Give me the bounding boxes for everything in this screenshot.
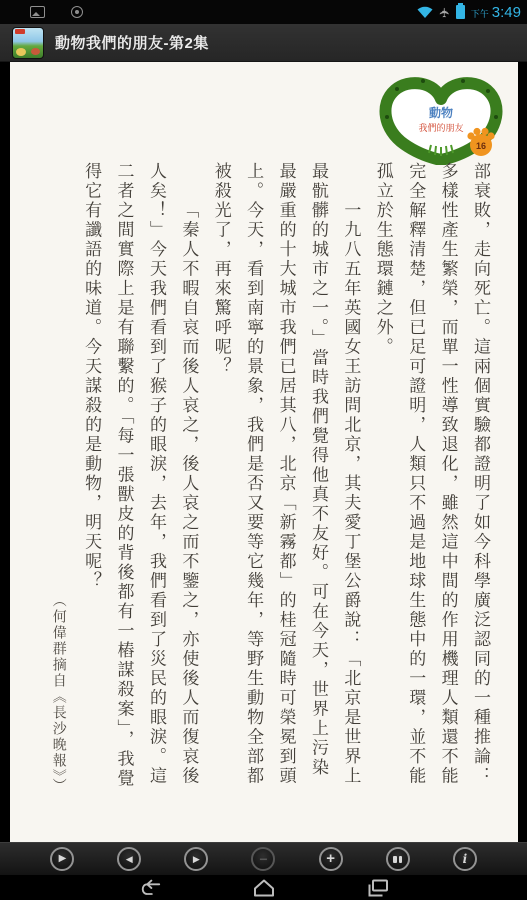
- page-prev-button[interactable]: ◀: [117, 847, 141, 871]
- two-page-view-button[interactable]: [386, 847, 410, 871]
- notification-icons: [30, 6, 83, 18]
- logo-top-text: 動物: [429, 105, 453, 120]
- app-title-bar: 動物我們的朋友-第2集: [0, 24, 527, 62]
- series-logo: 動物 我們的朋友 16: [373, 75, 509, 165]
- paragraph-3: 「秦人不暇自哀而後人哀之，後人哀之而不鑒之，亦使後人而復哀後人矣！」今天我們看到…: [75, 162, 205, 794]
- clock-ampm: 下午: [471, 7, 489, 20]
- arrow-left-icon: ◀: [126, 855, 133, 864]
- zoom-out-button[interactable]: −: [251, 847, 275, 871]
- paragraph-1: 部衰敗，走向死亡。這兩個實驗都證明了如今科學廣泛認同的一種推論：多樣性產生繁榮，…: [366, 162, 496, 794]
- android-nav-bar: [0, 875, 527, 900]
- app-icon[interactable]: [12, 27, 44, 59]
- attribution: （何偉群摘自《長沙晚報》）: [42, 162, 74, 794]
- book-page[interactable]: 動物 我們的朋友 16 部衰敗，走向死亡。這兩個實驗都證明了如今科學廣泛認同的一…: [10, 62, 518, 842]
- arrow-right-icon: ▶: [193, 855, 200, 864]
- paragraph-2: 一九八五年英國女王訪問北京，其夫愛丁堡公爵說：「北京是世界上最骯髒的城市之一。」…: [204, 162, 366, 794]
- system-icons: ✈ 下午 3:49: [417, 4, 521, 21]
- plus-icon: +: [326, 851, 335, 866]
- page-next-button[interactable]: ▶: [184, 847, 208, 871]
- two-page-icon: [393, 856, 402, 863]
- battery-icon: [456, 5, 465, 19]
- book-title: 動物我們的朋友-第2集: [55, 32, 209, 53]
- home-icon[interactable]: [251, 877, 277, 899]
- info-icon: i: [463, 853, 468, 865]
- zoom-in-button[interactable]: +: [319, 847, 343, 871]
- tablet-screen: ✈ 下午 3:49 動物我們的朋友-第2集 動物 我們的朋友: [0, 0, 527, 900]
- airplane-mode-icon: ✈: [438, 7, 451, 18]
- recents-icon[interactable]: [365, 877, 391, 899]
- screenshot-notification-icon: [30, 6, 45, 18]
- minus-icon: −: [259, 852, 267, 866]
- volume-badge: 16: [476, 141, 486, 151]
- status-bar[interactable]: ✈ 下午 3:49: [0, 0, 527, 24]
- info-button[interactable]: i: [453, 847, 477, 871]
- wifi-icon: [417, 6, 433, 18]
- clock: 下午 3:49: [471, 4, 521, 21]
- camera-notification-icon: [71, 6, 83, 18]
- play-button[interactable]: ▶: [50, 847, 74, 871]
- back-icon[interactable]: [137, 877, 163, 899]
- reader-toolbar: ▶ ◀ ▶ − + i: [0, 842, 527, 875]
- clock-time: 3:49: [492, 4, 521, 21]
- logo-bottom-text: 我們的朋友: [418, 122, 463, 133]
- play-icon: ▶: [59, 854, 67, 864]
- page-text: 部衰敗，走向死亡。這兩個實驗都證明了如今科學廣泛認同的一種推論：多樣性產生繁榮，…: [42, 162, 496, 794]
